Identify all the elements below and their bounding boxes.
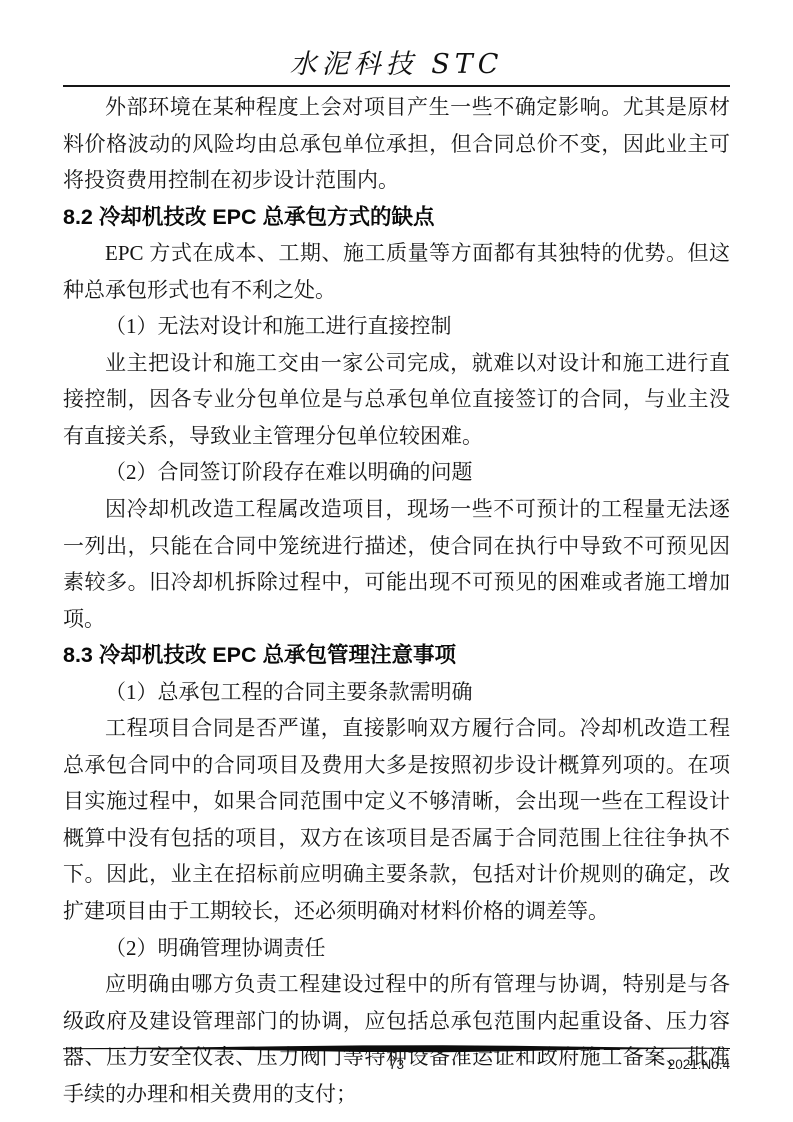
section-8-2-item-2-body: 因冷却机改造工程属改造项目，现场一些不可预计的工程量无法逐一列出，只能在合同中笼…: [63, 491, 730, 637]
footer-text-row: 73 2021.No.4: [63, 1057, 730, 1075]
section-8-3-item-1-body: 工程项目合同是否严谨，直接影响双方履行合同。冷却机改造工程总承包合同中的合同项目…: [63, 710, 730, 929]
section-8-2-item-1-body: 业主把设计和施工交由一家公司完成，就难以对设计和施工进行直接控制，因各专业分包单…: [63, 345, 730, 455]
header-rule: [63, 85, 730, 87]
page-number: 73: [63, 1057, 730, 1072]
section-8-3-item-2-title: （2）明确管理协调责任: [63, 930, 730, 967]
section-heading-8-3: 8.3 冷却机技改 EPC 总承包管理注意事项: [63, 637, 730, 674]
article-body: 外部环境在某种程度上会对项目产生一些不确定影响。尤其是原材料价格波动的风险均由总…: [63, 89, 730, 1112]
section-8-3-item-1-title: （1）总承包工程的合同主要条款需明确: [63, 674, 730, 711]
journal-title: 水泥科技 STC: [0, 42, 793, 81]
section-8-3-item-2-body: 应明确由哪方负责工程建设过程中的所有管理与协调，特别是与各级政府及建设管理部门的…: [63, 966, 730, 1112]
intro-paragraph: 外部环境在某种程度上会对项目产生一些不确定影响。尤其是原材料价格波动的风险均由总…: [63, 89, 730, 199]
section-heading-8-2: 8.2 冷却机技改 EPC 总承包方式的缺点: [63, 199, 730, 236]
page-footer: 73 2021.No.4: [63, 1042, 730, 1075]
section-8-2-lead-paragraph: EPC 方式在成本、工期、施工质量等方面都有其独特的优势。但这种总承包形式也有不…: [63, 235, 730, 308]
issue-number: 2021.No.4: [668, 1057, 730, 1072]
document-page: 水泥科技 STC 外部环境在某种程度上会对项目产生一些不确定影响。尤其是原材料价…: [0, 0, 793, 1122]
footer-rule: [63, 1042, 730, 1056]
section-8-2-item-2-title: （2）合同签订阶段存在难以明确的问题: [63, 454, 730, 491]
section-8-2-item-1-title: （1）无法对设计和施工进行直接控制: [63, 308, 730, 345]
